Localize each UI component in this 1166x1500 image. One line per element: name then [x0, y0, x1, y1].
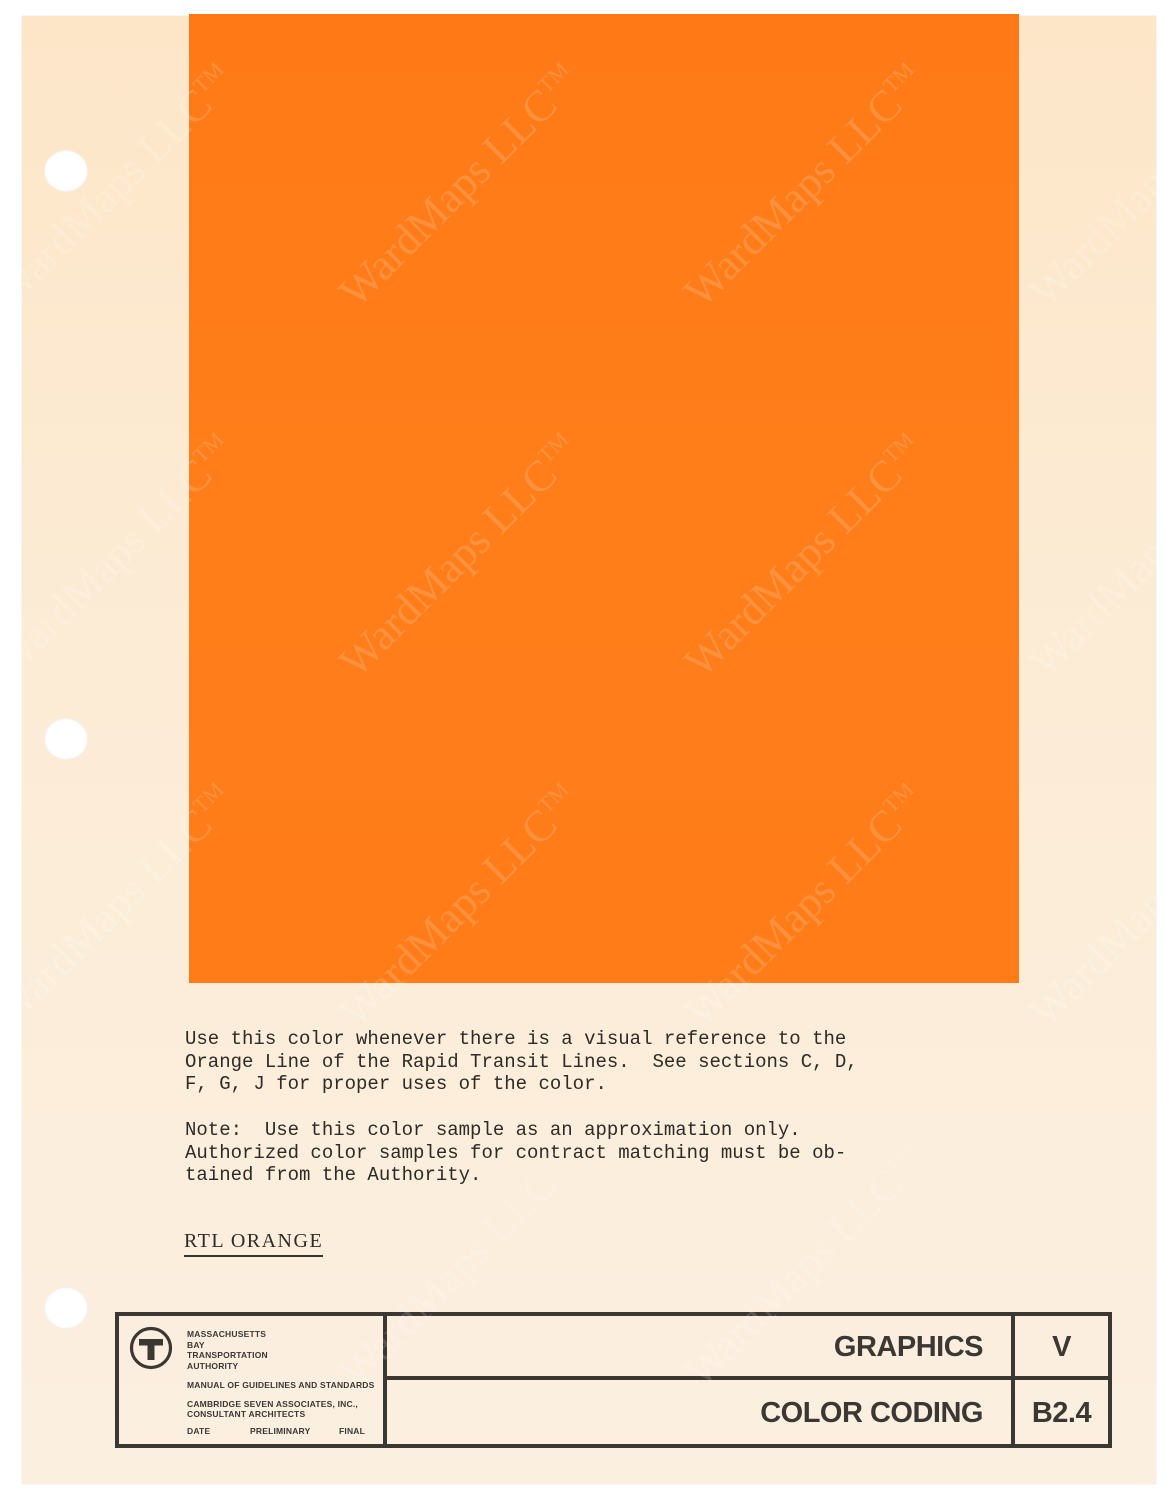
note-line: Note: Use this color sample as an approx… — [185, 1119, 801, 1141]
note-line: Authorized color samples for contract ma… — [185, 1142, 846, 1164]
section-title: GRAPHICS — [387, 1316, 1015, 1376]
section-row: GRAPHICS V — [387, 1316, 1108, 1380]
manual-title: MANUAL OF GUIDELINES AND STANDARDS — [187, 1380, 375, 1390]
note-paragraph: Note: Use this color sample as an approx… — [185, 1119, 1005, 1187]
consultant: CAMBRIDGE SEVEN ASSOCIATES, INC., CONSUL… — [187, 1399, 358, 1419]
authority-line: TRANSPORTATION — [187, 1350, 268, 1361]
note-line: tained from the Authority. — [185, 1164, 481, 1186]
section-code: V — [1015, 1316, 1108, 1376]
usage-line: Use this color whenever there is a visua… — [185, 1028, 846, 1050]
color-name-label: RTL ORANGE — [184, 1230, 323, 1257]
usage-line: Orange Line of the Rapid Transit Lines. … — [185, 1051, 858, 1073]
consultant-line: CONSULTANT ARCHITECTS — [187, 1409, 358, 1419]
subsection-title: COLOR CODING — [387, 1380, 1015, 1444]
punch-hole — [44, 718, 88, 760]
final-label: FINAL — [339, 1426, 365, 1436]
authority-name: MASSACHUSETTS BAY TRANSPORTATION AUTHORI… — [187, 1329, 268, 1371]
usage-paragraph: Use this color whenever there is a visua… — [185, 1028, 1005, 1096]
punch-hole — [44, 1287, 88, 1329]
authority-line: BAY — [187, 1340, 268, 1351]
date-label: DATE — [187, 1426, 210, 1436]
title-block: MASSACHUSETTS BAY TRANSPORTATION AUTHORI… — [115, 1312, 1112, 1448]
authority-line: AUTHORITY — [187, 1361, 268, 1372]
authority-panel: MASSACHUSETTS BAY TRANSPORTATION AUTHORI… — [119, 1316, 387, 1444]
authority-line: MASSACHUSETTS — [187, 1329, 268, 1340]
preliminary-label: PRELIMINARY — [250, 1426, 310, 1436]
consultant-line: CAMBRIDGE SEVEN ASSOCIATES, INC., — [187, 1399, 358, 1409]
color-swatch — [189, 14, 1019, 983]
subsection-row: COLOR CODING B2.4 — [387, 1380, 1108, 1444]
t-logo-icon — [129, 1326, 173, 1370]
usage-line: F, G, J for proper uses of the color. — [185, 1073, 607, 1095]
subsection-code: B2.4 — [1015, 1380, 1108, 1444]
punch-hole — [44, 150, 88, 192]
